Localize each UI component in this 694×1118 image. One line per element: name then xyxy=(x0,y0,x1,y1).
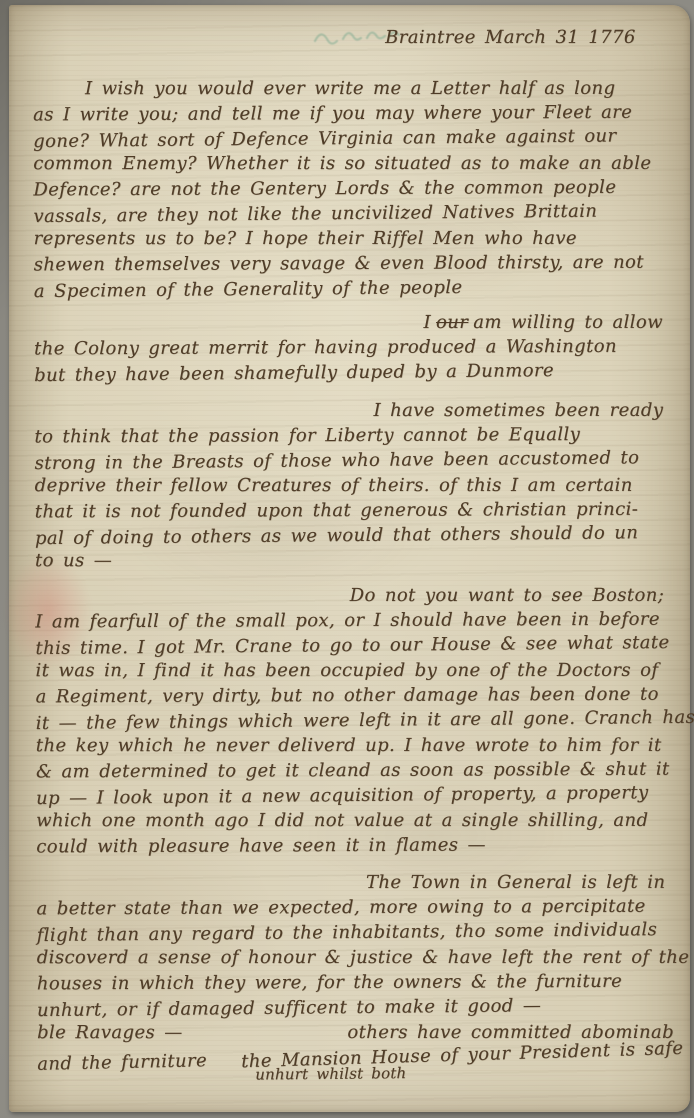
letter-line: I have sometimes been ready xyxy=(34,398,671,423)
letter-line: the key which he never deliverd up. I ha… xyxy=(36,733,673,758)
letter-line: to us — xyxy=(35,548,672,573)
letter-line: a Specimen of the Generality of the peop… xyxy=(34,273,671,304)
letter-line: strong in the Breasts of those who have … xyxy=(34,445,671,476)
dateline: Braintree March 31 1776 xyxy=(33,25,670,50)
letter-line: represents us to be? I hope their Riffel… xyxy=(34,226,671,251)
letter-text: and the furniture xyxy=(37,1048,207,1077)
scanned-manuscript-frame: Braintree March 31 1776 I wish you would… xyxy=(0,0,694,1118)
crowded-bottom-line-3: unhurt whilst both xyxy=(255,1059,674,1088)
letter-line: Iouram willing to allow xyxy=(34,310,671,335)
letter-line: pal of doing to others as we would that … xyxy=(35,520,672,551)
paragraph-4: Do not you want to see Boston; I am fear… xyxy=(35,582,673,860)
letter-line: this time. I got Mr. Crane to go to our … xyxy=(35,630,672,661)
letter-line: common Enemy? Whether it is so situated … xyxy=(33,151,670,176)
letter-line: Do not you want to see Boston; xyxy=(35,583,672,608)
letter-line: up — I look upon it a new acquisition of… xyxy=(36,780,673,811)
letter-line: discoverd a sense of honour & justice & … xyxy=(37,945,674,970)
letter-text: ble Ravages — xyxy=(37,1020,183,1045)
paragraph-1: I wish you would ever write me a Letter … xyxy=(33,75,671,303)
letter-line: unhurt, or if damaged sufficent to make … xyxy=(37,992,674,1023)
paragraph-3: I have sometimes been ready to think tha… xyxy=(34,397,672,575)
letter-line: I wish you would ever write me a Letter … xyxy=(33,76,670,101)
paragraph-2: Iouram willing to allow the Colony great… xyxy=(34,309,671,387)
letter-line: but they have been shamefully duped by a… xyxy=(34,357,671,388)
letter-line: it was in, I find it has been occupied b… xyxy=(35,658,672,683)
letter-line: it — the few things which were left in i… xyxy=(36,705,673,736)
letter-line: gone? What sort of Defence Virginia can … xyxy=(33,123,670,154)
struck-out-word: our xyxy=(436,312,468,333)
handwritten-letter-body: Braintree March 31 1776 I wish you would… xyxy=(33,24,675,1097)
letter-line: flight than any regard to the inhabitant… xyxy=(37,917,674,948)
letter-line: vassals, are they not like the unciviliz… xyxy=(33,198,670,229)
letter-line: which one month ago I did not value at a… xyxy=(36,808,673,833)
letter-page: Braintree March 31 1776 I wish you would… xyxy=(9,5,690,1112)
letter-text: am willing to allow xyxy=(473,312,663,333)
letter-text: I xyxy=(424,312,432,333)
letter-line: deprive their fellow Creatures of theirs… xyxy=(35,473,672,498)
letter-line: The Town in General is left in xyxy=(36,870,673,895)
letter-line: could with pleasure have seen it in flam… xyxy=(36,832,673,860)
paragraph-5: The Town in General is left in a better … xyxy=(36,869,674,1088)
